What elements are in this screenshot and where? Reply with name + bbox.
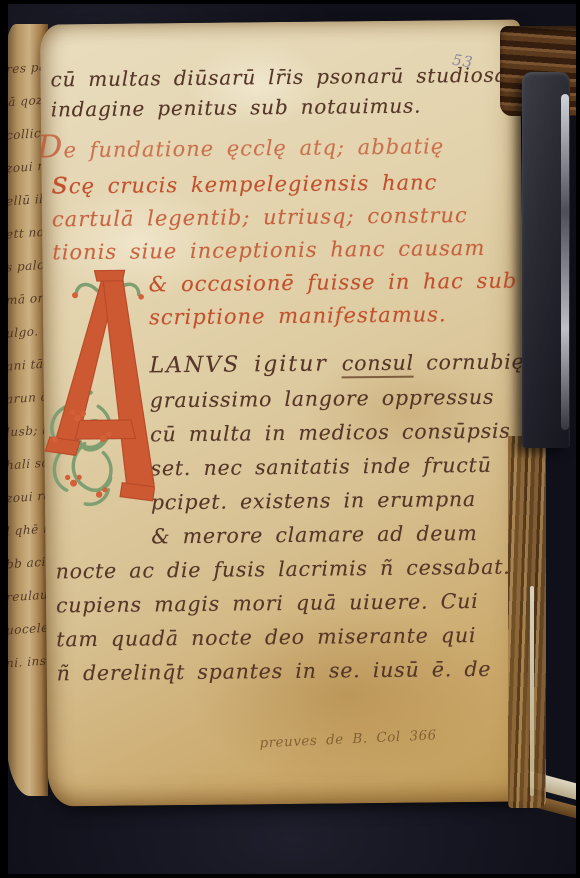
opening-line-rest: cornubię — [414, 349, 525, 374]
facing-page-text-fragment: l qhē nī — [6, 513, 48, 549]
facing-page-text-fragment: uocelesto — [6, 612, 48, 648]
initial-a-illumination-icon — [40, 266, 155, 511]
fore-edge-pale-line — [530, 586, 534, 796]
body-text-line: nocte ac die fusis lacrimis ñ cessabat. — [55, 550, 517, 589]
facing-page-text-fragment: arun ōt — [6, 381, 48, 417]
opening-word: LANVS igitur — [149, 351, 342, 378]
body-text-line: tam quadā nocte deo miserante qui — [56, 618, 518, 657]
body-text-line: cupiens magis mori quā uiuere. Cui — [56, 584, 518, 623]
intro-text-line: indagine penitus sub notauimus. — [51, 90, 513, 125]
facing-page-text-fragment: bb aci nī — [6, 546, 48, 582]
metal-clasp — [522, 72, 570, 448]
body-text-line: ñ derelinq̄t spantes in se. iusū ē. de — [57, 652, 519, 691]
rubric-line: De fundatione ęcclę atq; abbatię — [40, 127, 513, 168]
facing-page-text-fragment: lusb; bo — [6, 414, 48, 450]
rubric-line: cartulā legentib; utriusq; construc — [52, 199, 514, 237]
text-column: cū multas diūsarū lr̄is psonarū studiosa… — [50, 60, 519, 691]
manuscript-page: 53 cū multas diūsarū lr̄is psonarū studi… — [40, 20, 528, 807]
clasp-highlight — [561, 94, 569, 430]
manuscript-photo: res pā ā qoz collici zoui no ellū ille e… — [0, 0, 580, 878]
rubric-line: scę crucis kempelegiensis hanc — [51, 163, 513, 204]
facing-page-text-fragment: reulaum — [6, 579, 48, 615]
facing-page-text-fragment: zoui rē — [6, 480, 48, 516]
decorated-initial-a: A — [49, 272, 144, 545]
book-fore-edge — [508, 436, 546, 808]
facing-page-text-fragment: hali scho — [6, 447, 48, 483]
facing-page-text-fragment: ani tāi — [6, 348, 48, 384]
rubric-heading: De fundatione ęcclę atq; abbatię scę cru… — [51, 127, 515, 336]
archival-note: preuves de B. Col 366 — [259, 727, 437, 751]
rubric-line: tionis siue inceptionis hanc causam — [52, 232, 514, 270]
facing-page-text-fragment: ulgo. ur — [6, 315, 48, 351]
underlined-word: consul — [342, 351, 414, 379]
intro-text-line: cū multas diūsarū lr̄is psonarū studiosa — [50, 60, 512, 95]
facing-page-text-fragment: ni. insō — [6, 645, 48, 681]
